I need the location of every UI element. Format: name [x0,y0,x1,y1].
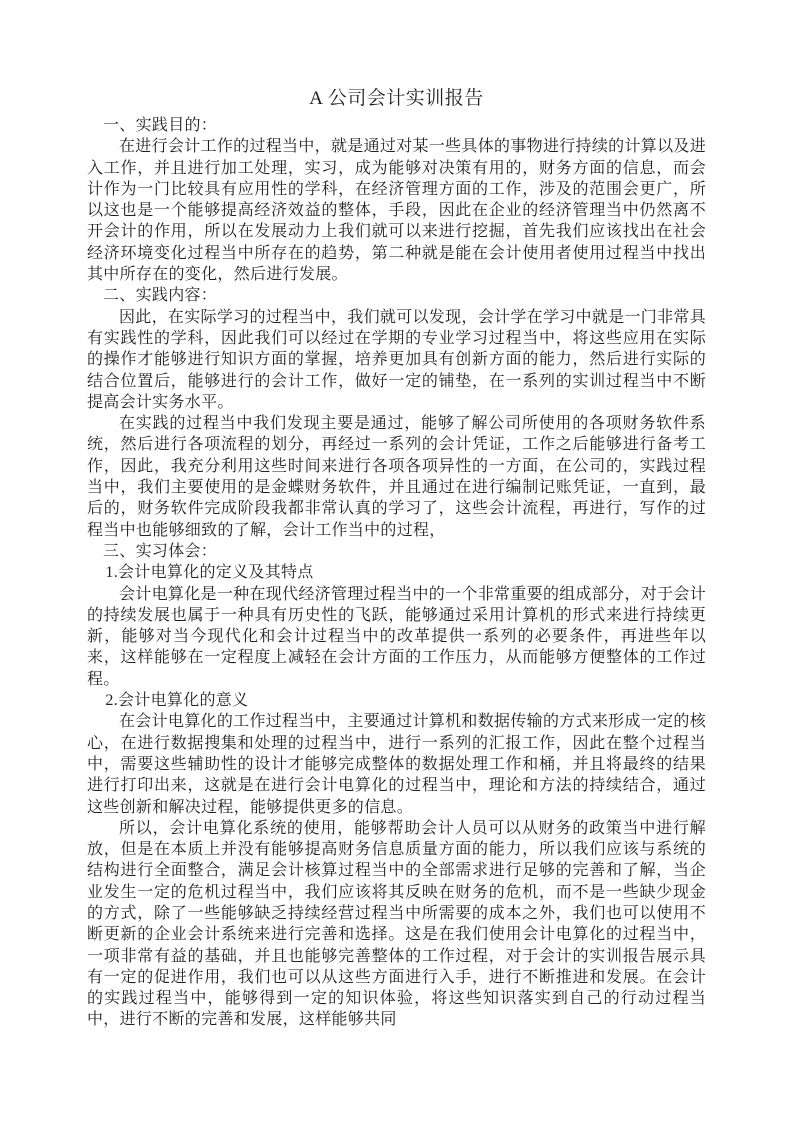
document-title: A 公司会计实训报告 [87,86,706,111]
section-heading-practice-content: 二、实践内容： [87,285,706,306]
section-heading-internship-experience: 三、实习体会： [87,541,706,562]
section-heading-practice-purpose: 一、实践目的： [87,115,706,136]
numbered-subheading-significance: 2.会计电算化的意义 [87,690,706,711]
body-paragraph: 会计电算化是一种在现代经济管理过程当中的一个非常重要的组成部分，对于会计的持续发… [87,584,706,690]
body-paragraph: 在进行会计工作的过程当中，就是通过对某一些具体的事物进行持续的计算以及进入工作，… [87,136,706,285]
numbered-subheading-definition: 1.会计电算化的定义及其特点 [87,562,706,583]
body-paragraph: 因此，在实际学习的过程当中，我们就可以发现，会计学在学习中就是一门非常具有实践性… [87,307,706,413]
body-paragraph: 在实践的过程当中我们发现主要是通过，能够了解公司所使用的各项财务软件系统，然后进… [87,413,706,541]
body-paragraph: 所以，会计电算化系统的使用，能够帮助会计人员可以从财务的政策当中进行解放，但是在… [87,818,706,1031]
document-page: A 公司会计实训报告 一、实践目的： 在进行会计工作的过程当中，就是通过对某一些… [0,0,793,1122]
body-paragraph: 在会计电算化的工作过程当中，主要通过计算机和数据传输的方式来形成一定的核心，在进… [87,711,706,817]
